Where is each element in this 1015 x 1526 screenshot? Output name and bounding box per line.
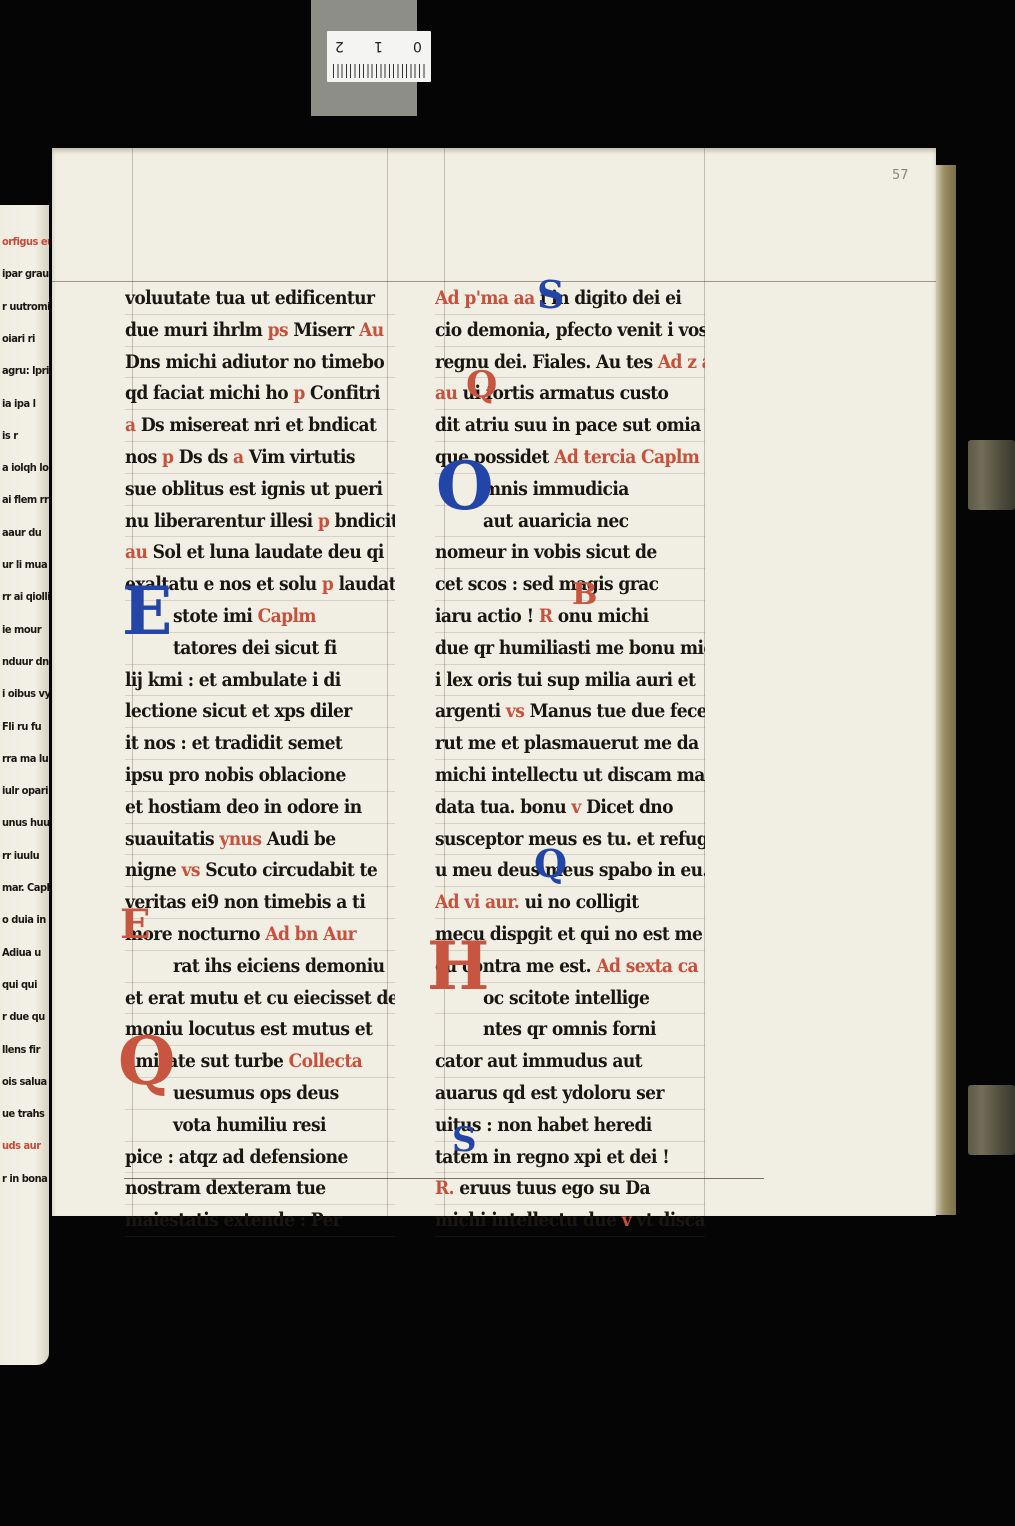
text-span: michi intellectu ut discam man <box>435 764 705 786</box>
ruler-number: 0 <box>413 38 422 54</box>
text-line: dit atriu suu in pace sut omia <box>435 410 705 442</box>
left-page-text-fragment: nduur dn <box>2 655 49 673</box>
text-span: i lex oris tui sup milia auri et <box>435 669 695 691</box>
left-page-text-fragment: oiari ri <box>2 332 35 350</box>
rubric-text: au <box>125 541 147 563</box>
text-span: veritas ei9 non timebis a ti <box>125 891 365 913</box>
text-span: Confitri <box>305 382 380 404</box>
left-page-text-fragment: rra ma lui <box>2 752 49 770</box>
rubric-text: Ad vi aur. <box>435 891 519 913</box>
rubric-text: R. <box>435 1177 454 1199</box>
text-span: rut me et plasmauerut me da <box>435 732 699 754</box>
rubric-text: a <box>125 414 135 436</box>
initial-letter: E <box>120 905 151 945</box>
text-span: nomeur in vobis sicut de <box>435 541 657 563</box>
text-line: et hostiam deo in odore in <box>125 792 395 824</box>
ruler-number: 2 <box>335 38 344 54</box>
initial-letter: E <box>122 578 172 644</box>
text-line: Ad p'ma aa i in digito dei ei <box>435 283 705 315</box>
rubric-text: Ad z a <box>658 351 705 373</box>
ruling-line <box>52 281 936 282</box>
text-line: u meu deus meus spabo in eu. <box>435 855 705 887</box>
text-span: iaru actio ! <box>435 605 539 627</box>
left-facing-page: orfigus euplipar graulir uutromifioiari … <box>0 205 49 1365</box>
left-page-text-fragment: rr iuulu <box>2 849 39 867</box>
initial-letter: O <box>436 453 494 519</box>
text-line: due qr humiliasti me bonu michi <box>435 633 705 665</box>
left-page-text-fragment: r in bona <box>2 1172 47 1190</box>
ruler-label: 2 1 0 <box>327 31 431 82</box>
text-line: cio demonia, pfecto venit i vos <box>435 315 705 347</box>
text-line: voluutate tua ut edificentur <box>125 283 395 315</box>
text-line: nigne vs Scuto circudabit te <box>125 855 395 887</box>
left-page-text-fragment: agru: lpri <box>2 364 49 382</box>
text-span: tatores dei sicut fi <box>173 637 337 659</box>
text-span: ntes qr omnis forni <box>483 1018 656 1040</box>
text-span: ui no colligit <box>519 891 638 913</box>
left-page-text-fragment: ur li mua <box>2 558 47 576</box>
left-page-text-fragment: ois salua <box>2 1075 47 1093</box>
left-page-text-fragment: ue trahs <box>2 1107 44 1125</box>
text-span: argenti <box>435 700 506 722</box>
text-span: vota humiliu resi <box>173 1114 326 1136</box>
text-line: veritas ei9 non timebis a ti <box>125 887 395 919</box>
text-line: nos p Ds ds a Vim virtutis <box>125 442 395 474</box>
rubric-text: Ad p'ma aa <box>435 287 535 309</box>
rubric-text: Ad sexta ca <box>596 955 698 977</box>
text-span: susceptor meus es tu. et refugi <box>435 828 705 850</box>
text-span: due muri ihrlm <box>125 319 268 341</box>
text-span: nu liberarentur illesi <box>125 510 318 532</box>
text-line: a Ds misereat nri et bndicat <box>125 410 395 442</box>
left-page-text-fragment: mar. Caplu <box>2 881 49 899</box>
text-line: maiestatis extende : Per <box>125 1205 395 1237</box>
text-line: cator aut immudus aut <box>435 1046 705 1078</box>
left-page-text-fragment: ia ipa l <box>2 397 36 415</box>
rubric-text: ps <box>268 319 288 341</box>
text-span: Scuto circudabit te <box>200 859 377 881</box>
text-line: auarus qd est ydoloru ser <box>435 1078 705 1110</box>
text-span: Ds misereat nri et bndicat <box>135 414 376 436</box>
left-page-text-fragment: i oibus vy <box>2 687 49 705</box>
text-span: Audi be <box>261 828 335 850</box>
folio-number: 57 <box>892 168 909 183</box>
text-span: onu michi <box>552 605 648 627</box>
rubric-text: vs <box>506 700 524 722</box>
text-line: ipsu pro nobis oblacione <box>125 760 395 792</box>
text-column-right: Ad p'ma aa i in digito dei eicio demonia… <box>435 283 705 1237</box>
text-span: uesumus ops deus <box>173 1082 339 1104</box>
text-span: et erat mutu et cu eiecisset de <box>125 987 395 1009</box>
initial-letter: H <box>427 933 489 999</box>
left-page-text-fragment: iulr opari <box>2 784 48 802</box>
clasp-bottom <box>968 1085 1015 1155</box>
initial-letter: S <box>537 276 564 314</box>
text-line: suauitatis ynus Audi be <box>125 824 395 856</box>
text-span: nigne <box>125 859 182 881</box>
initial-letter: B <box>572 580 597 610</box>
left-page-text-fragment: o duia in p <box>2 913 49 931</box>
text-span: cet scos : sed magis grac <box>435 573 658 595</box>
left-page-text-fragment: Adiua u <box>2 946 41 964</box>
text-line: vota humiliu resi <box>125 1110 395 1142</box>
initial-letter: Q <box>466 367 497 403</box>
rubric-text: Au <box>359 319 384 341</box>
left-page-text-fragment: r due qu <box>2 1010 45 1028</box>
initial-letter: Q <box>118 1028 176 1094</box>
text-span: Sol et luna laudate deu qi <box>147 541 383 563</box>
text-span: Dns michi adiutor no timebo <box>125 351 384 373</box>
text-line: michi intellectu due v vt discam <box>435 1205 705 1237</box>
text-span: maiestatis extende : Per <box>125 1209 341 1231</box>
text-line: pice : atqz ad defensione <box>125 1142 395 1174</box>
text-line: rut me et plasmauerut me da <box>435 728 705 760</box>
initial-letter: S <box>452 1123 477 1157</box>
text-line: michi intellectu ut discam man <box>435 760 705 792</box>
rubric-text: Ad tercia Caplm <box>554 446 699 468</box>
text-span: lij kmi : et ambulate i di <box>125 669 341 691</box>
text-span: Dicet dno <box>581 796 673 818</box>
rubric-text: Ad bn Aur <box>265 923 356 945</box>
text-line: cet scos : sed magis grac <box>435 569 705 601</box>
text-span: et hostiam deo in odore in <box>125 796 362 818</box>
text-line: nomeur in vobis sicut de <box>435 537 705 569</box>
left-page-text-fragment: uds aur <box>2 1139 41 1157</box>
text-line: sue oblitus est ignis ut pueri <box>125 474 395 506</box>
text-span: vt discam <box>631 1209 705 1231</box>
rubric-text: p <box>162 446 173 468</box>
text-span: voluutate tua ut edificentur <box>125 287 374 309</box>
text-span: nostram dexteram tue <box>125 1177 326 1199</box>
text-span: qd faciat michi ho <box>125 382 293 404</box>
text-span: eruus tuus ego su Da <box>454 1177 650 1199</box>
rubric-text: p <box>318 510 329 532</box>
rubric-text: R <box>539 605 553 627</box>
color-scale-card: 2 1 0 <box>311 0 417 116</box>
left-page-text-fragment: aaur du <box>2 526 41 544</box>
text-span: suauitatis <box>125 828 219 850</box>
text-span: lectione sicut et xps diler <box>125 700 352 722</box>
text-line: iaru actio ! R onu michi <box>435 601 705 633</box>
text-line: data tua. bonu v Dicet dno <box>435 792 705 824</box>
text-span: Ds ds <box>173 446 233 468</box>
left-page-text-fragment: llens fir <box>2 1043 40 1061</box>
text-span: michi intellectu due <box>435 1209 622 1231</box>
text-span: u meu deus meus spabo in eu. <box>435 859 705 881</box>
text-span: due qr humiliasti me bonu michi <box>435 637 705 659</box>
text-span: Vim virtutis <box>244 446 355 468</box>
ruler-number: 1 <box>374 38 383 54</box>
left-page-text-fragment: ai flem rr ui <box>2 493 49 511</box>
text-span: stote imi <box>173 605 258 627</box>
left-page-text-fragment: a iolqh lolu <box>2 461 49 479</box>
rubric-text: p <box>322 573 333 595</box>
text-line: lectione sicut et xps diler <box>125 696 395 728</box>
rubric-text: Collecta <box>289 1050 362 1072</box>
left-page-text-fragment: Fli ru fu <box>2 720 41 738</box>
text-span: oc scitote intellige <box>483 987 649 1009</box>
text-line: nu liberarentur illesi p bndicite <box>125 506 395 538</box>
text-line: rat ihs eiciens demoniu <box>125 951 395 983</box>
rubric-text: p <box>293 382 304 404</box>
text-span: Miserr <box>288 319 359 341</box>
text-span: rat ihs eiciens demoniu <box>173 955 384 977</box>
left-page-text-fragment: ie mour <box>2 623 41 641</box>
text-line: nostram dexteram tue <box>125 1173 395 1205</box>
text-line: au Sol et luna laudate deu qi <box>125 537 395 569</box>
text-line: qd faciat michi ho p Confitri <box>125 378 395 410</box>
left-page-text-fragment: orfigus eupl <box>2 235 49 253</box>
text-span: mnis immudicia <box>483 478 629 500</box>
text-line: Ad vi aur. ui no colligit <box>435 887 705 919</box>
rubric-text: vs <box>182 859 200 881</box>
rubric-text: a <box>233 446 243 468</box>
text-line: more nocturno Ad bn Aur <box>125 919 395 951</box>
text-span: it nos : et tradidit semet <box>125 732 342 754</box>
left-page-text-fragment: qui qui <box>2 978 37 996</box>
book-fore-edge <box>936 165 956 1215</box>
text-line: i lex oris tui sup milia auri et <box>435 665 705 697</box>
clasp-top <box>968 440 1015 510</box>
left-page-text-fragment: r uutromifi <box>2 300 49 318</box>
text-line: R. eruus tuus ego su Da <box>435 1173 705 1205</box>
text-line: et erat mutu et cu eiecisset de <box>125 983 395 1015</box>
rubric-text: v <box>622 1209 631 1231</box>
text-line: susceptor meus es tu. et refugi <box>435 824 705 856</box>
text-span: cio demonia, pfecto venit i vos <box>435 319 705 341</box>
text-line: ntes qr omnis forni <box>435 1014 705 1046</box>
rubric-text: au <box>435 382 457 404</box>
initial-letter: Q <box>534 845 567 883</box>
rubric-text: Caplm <box>258 605 316 627</box>
rubric-text: ynus <box>219 828 261 850</box>
text-span: sue oblitus est ignis ut pueri <box>125 478 382 500</box>
text-span: data tua. bonu <box>435 796 571 818</box>
text-span: dit atriu suu in pace sut omia <box>435 414 701 436</box>
text-span: ipsu pro nobis oblacione <box>125 764 346 786</box>
text-line: due muri ihrlm ps Miserr Au <box>125 315 395 347</box>
ruler-ticks <box>333 64 425 78</box>
text-span: aut auaricia nec <box>483 510 628 532</box>
manuscript-leaf: 57 voluutate tua ut edificenturdue muri … <box>52 148 936 1216</box>
text-span: bndicite <box>329 510 395 532</box>
text-span: pice : atqz ad defensione <box>125 1146 348 1168</box>
text-line: lij kmi : et ambulate i di <box>125 665 395 697</box>
text-span: nos <box>125 446 162 468</box>
text-span: Manus tue due fece <box>524 700 705 722</box>
rubric-text: v <box>571 796 580 818</box>
text-span: laudate. <box>333 573 395 595</box>
left-page-text-fragment: rr ai qiolli <box>2 590 49 608</box>
text-line: it nos : et tradidit semet <box>125 728 395 760</box>
left-page-text-fragment: is r <box>2 429 18 447</box>
text-line: argenti vs Manus tue due fece <box>435 696 705 728</box>
left-page-text-fragment: unus huu <box>2 816 49 834</box>
text-line: Dns michi adiutor no timebo <box>125 347 395 379</box>
text-span: auarus qd est ydoloru ser <box>435 1082 664 1104</box>
text-span: cator aut immudus aut <box>435 1050 642 1072</box>
left-page-text-fragment: ipar grauli <box>2 267 49 285</box>
